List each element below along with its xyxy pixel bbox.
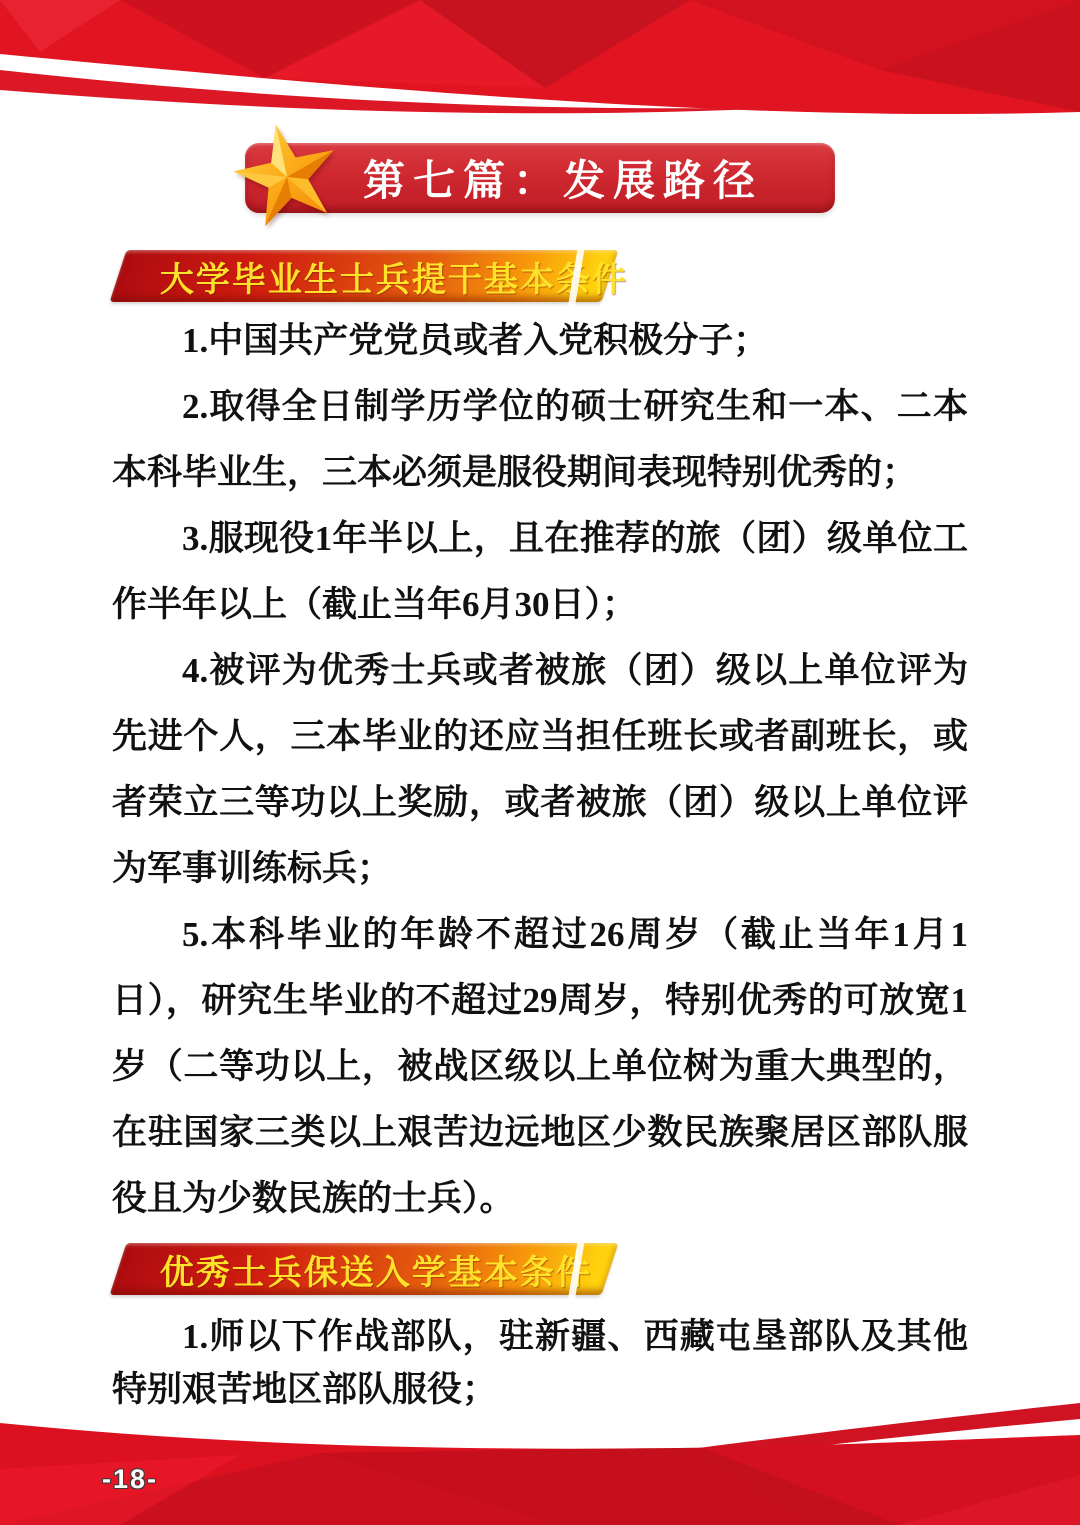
list-item: 1.中国共产党党员或者入党积极分子； [112,308,968,374]
section-heading-1: 大学毕业生士兵提干基本条件 [118,252,628,301]
list-item: 4.被评为优秀士兵或者被旅（团）级以上单位评为先进个人，三本毕业的还应当担任班长… [112,638,968,902]
top-decorative-band [0,0,1080,135]
section-heading-2: 优秀士兵保送入学基本条件 [118,1245,592,1294]
list-item: 5.本科毕业的年龄不超过26周岁（截止当年1月1日），研究生毕业的不超过29周岁… [112,902,968,1232]
chapter-title-banner: 第七篇：发展路径 [245,143,835,213]
page-number: -18- [102,1464,158,1495]
section-1-content: 1.中国共产党党员或者入党积极分子； 2.取得全日制学历学位的硕士研究生和一本、… [112,308,968,1232]
chapter-title: 第七篇：发展路径 [317,148,763,208]
list-item: 3.服现役1年半以上，且在推荐的旅（团）级单位工作半年以上（截止当年6月30日）… [112,506,968,638]
document-page: 第七篇：发展路径 大学毕业生士兵提干基本条件 1.中国共产党党员或者入党积极分子… [0,0,1080,1525]
list-item: 2.取得全日制学历学位的硕士研究生和一本、二本本科毕业生，三本必须是服役期间表现… [112,374,968,506]
star-icon [231,121,343,233]
bottom-decorative-band [0,1395,1080,1525]
section-heading-banner-2: 优秀士兵保送入学基本条件 [110,1243,619,1295]
section-heading-banner-1: 大学毕业生士兵提干基本条件 [110,250,619,302]
